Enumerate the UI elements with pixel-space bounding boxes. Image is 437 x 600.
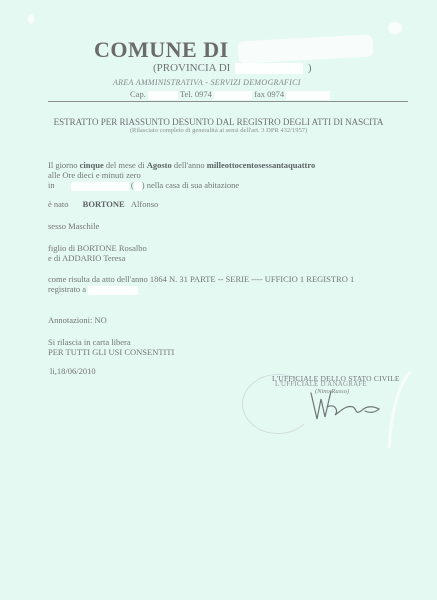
birth-month: Agosto [147,160,172,170]
tel-label: Tel. 0974 [180,89,212,99]
redacted-municipality [238,34,374,63]
handwritten-signature-icon [305,385,395,425]
fax-label: fax 0974 [254,89,284,99]
born-line: è nato BORTONE Alfonso [48,199,158,209]
text: nella casa di sua abitazione [147,180,240,190]
scan-mark [388,22,402,34]
surname: BORTONE [83,199,125,209]
registered-label: registrato a [48,284,86,294]
record-line: come risulta da atto dell'anno 1864 N. 3… [48,274,354,284]
header-divider [48,101,408,102]
redacted-registered-place [88,286,138,295]
department-line: AREA AMMINISTRATIVA - SERVIZI DEMOGRAFIC… [113,78,301,87]
redacted-place [71,182,129,191]
redacted-province [235,63,303,74]
birth-year: milleottocentosessantaquattro [207,160,315,170]
birth-day: cinque [80,160,104,170]
text: in [48,180,55,190]
annotations-line: Annotazioni: NO [48,315,107,325]
issue-line-2: PER TUTTI GLI USI CONSENTITI [48,347,174,357]
cap-label: Cap. [130,89,146,99]
born-label: è nato [48,199,69,209]
contacts-line: Cap. Tel. 0974 fax 0974 [130,89,330,100]
redacted-province-code [134,182,142,191]
birth-time-line: alle Ore dieci e minuti zero [48,170,141,180]
registered-line: registrato a [48,284,138,295]
text: dell'anno [172,160,207,170]
province-prefix: (PROVINCIA DI [153,62,230,74]
province-line: (PROVINCIA DI ) [153,62,311,74]
stamp-arc-icon [385,370,415,450]
scan-mark [28,14,34,24]
text: ) [142,180,145,190]
issue-line-1: Si rilascia in carta libera [48,337,131,347]
first-name: Alfonso [131,199,158,209]
issue-date: li,18/06/2010 [50,366,96,376]
document-heading: ESTRATTO PER RIASSUNTO DESUNTO DAL REGIS… [0,117,437,127]
redacted-fax [286,91,330,100]
sex-line: sesso Maschile [48,221,99,231]
document-subheading: (Rilasciato completo di generalità ai se… [0,127,437,134]
municipality-title: COMUNE DI [94,37,229,63]
province-suffix: ) [308,62,312,74]
birth-place-line: in () nella casa di sua abitazione [48,180,239,191]
redacted-cap [148,91,178,100]
birth-date-line: Il giorno cinque del mese di Agosto dell… [48,160,315,170]
mother-line: e di ADDARIO Teresa [48,253,125,263]
redacted-tel [214,91,252,100]
text: Il giorno [48,160,80,170]
father-line: figlio di BORTONE Rosalbo [48,243,147,253]
text: del mese di [104,160,147,170]
